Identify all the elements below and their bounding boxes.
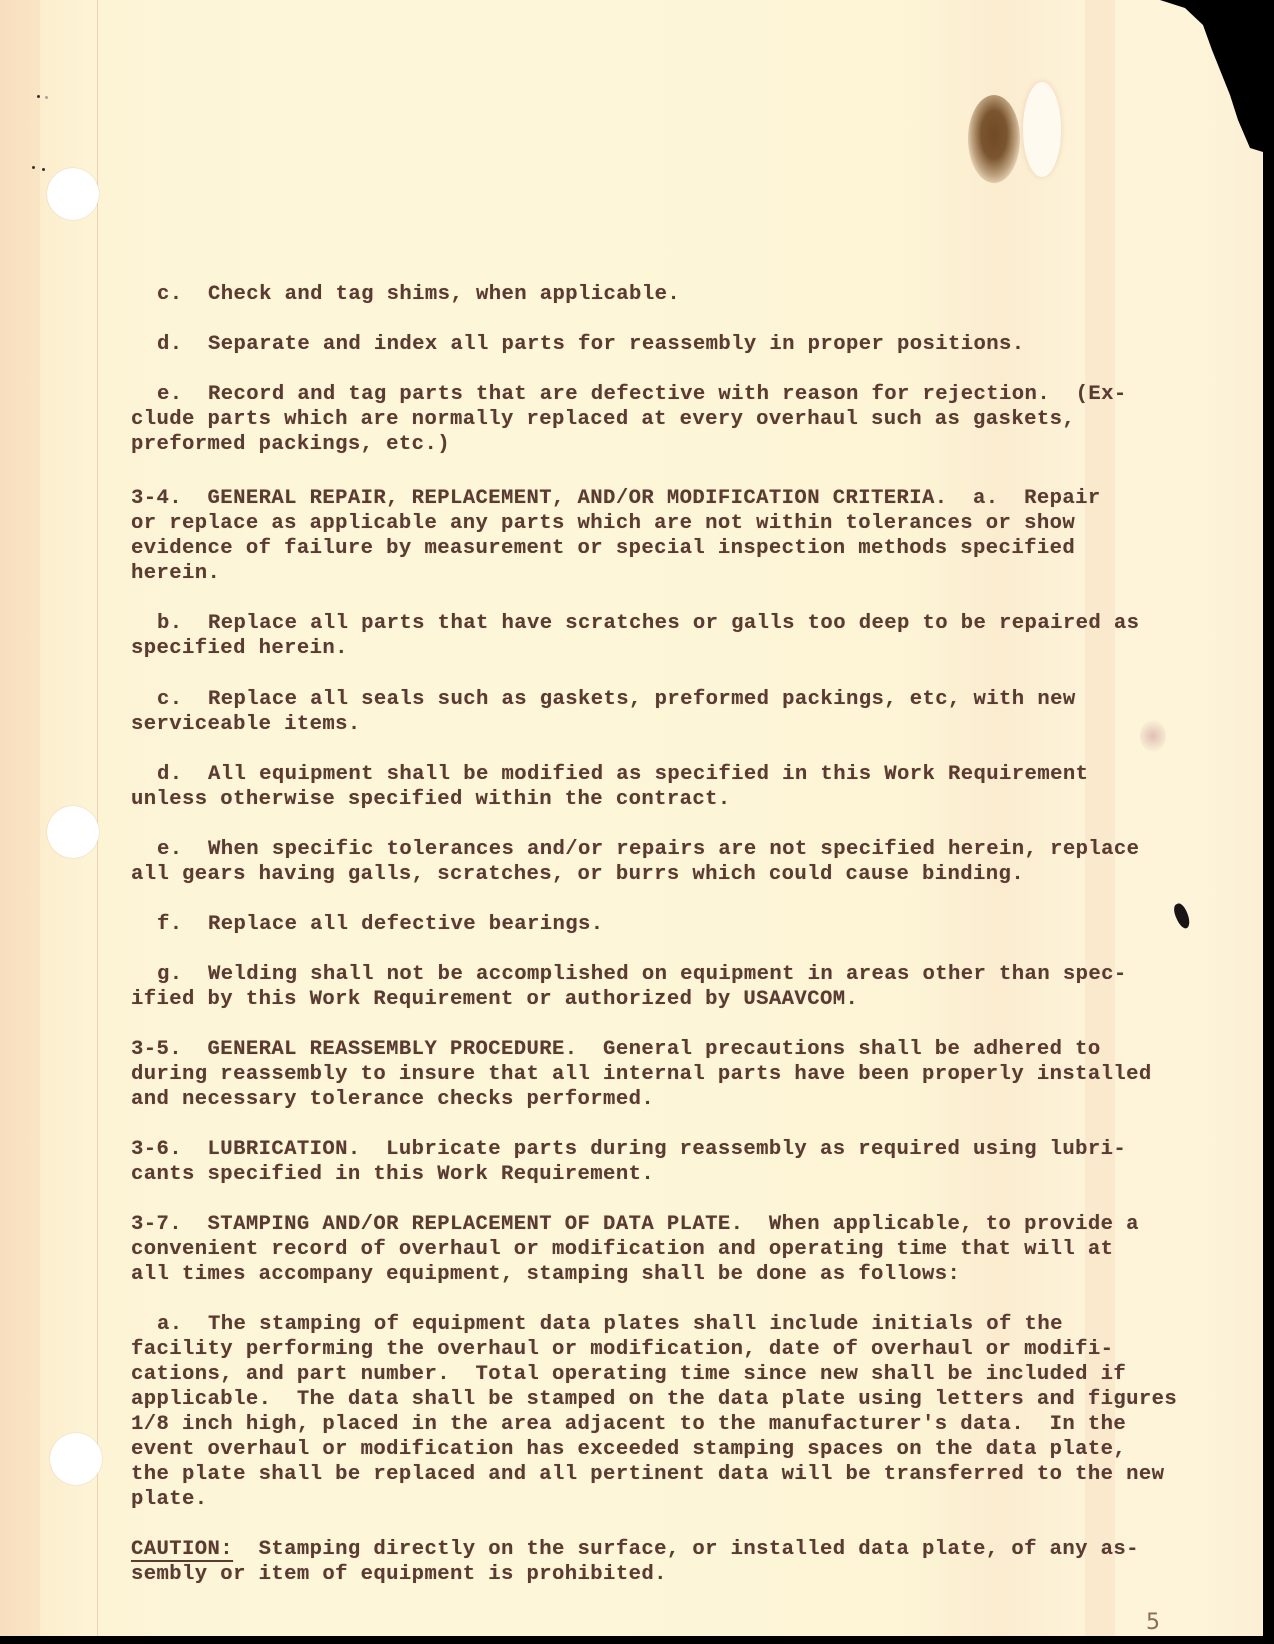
caution-line-2: sembly or item of equipment is prohibite…	[131, 1563, 667, 1587]
paragraph-a-line-1: a. The stamping of equipment data plates…	[157, 1313, 1063, 1337]
paragraph-f-line-1: f. Replace all defective bearings.	[157, 913, 604, 937]
section-3-7-line-2: convenient record of overhaul or modific…	[131, 1238, 1113, 1262]
caution-text: Stamping directly on the surface, or ins…	[233, 1538, 1139, 1561]
rust-stain	[968, 95, 1020, 183]
section-3-5-line-1: 3-5. GENERAL REASSEMBLY PROCEDURE. Gener…	[131, 1038, 1101, 1062]
paragraph-a-line-8: plate.	[131, 1488, 208, 1512]
section-3-6-line-2: cants specified in this Work Requirement…	[131, 1163, 654, 1187]
paragraph-e-line-3: preformed packings, etc.)	[131, 433, 450, 457]
speck	[37, 95, 40, 98]
paragraph-a-line-5: 1/8 inch high, placed in the area adjace…	[131, 1413, 1126, 1437]
paragraph-g-line-2: ified by this Work Requirement or author…	[131, 988, 858, 1012]
section-3-7-line-1: 3-7. STAMPING AND/OR REPLACEMENT OF DATA…	[131, 1213, 1139, 1237]
section-3-4-line-2: or replace as applicable any parts which…	[131, 512, 1075, 536]
paragraph-a-line-4: applicable. The data shall be stamped on…	[131, 1388, 1177, 1412]
paragraph-a-line-6: event overhaul or modification has excee…	[131, 1438, 1126, 1462]
speck	[32, 166, 35, 169]
paragraph-c2-line-1: c. Replace all seals such as gaskets, pr…	[157, 688, 1076, 712]
paragraph-e2-line-2: all gears having galls, scratches, or bu…	[131, 863, 1024, 887]
paragraph-c2-line-2: serviceable items.	[131, 713, 361, 737]
speck	[42, 168, 45, 171]
paragraph-e-line-2: clude parts which are normally replaced …	[131, 408, 1075, 432]
section-3-7-line-3: all times accompany equipment, stamping …	[131, 1263, 960, 1287]
pink-stain	[1140, 720, 1166, 752]
paragraph-e-line-1: e. Record and tag parts that are defecti…	[157, 383, 1127, 407]
paragraph-d2-line-1: d. All equipment shall be modified as sp…	[157, 763, 1088, 787]
punch-hole	[50, 1433, 102, 1485]
document-page: c. Check and tag shims, when applicable.…	[0, 0, 1263, 1636]
paragraph-d2-line-2: unless otherwise specified within the co…	[131, 788, 731, 812]
paragraph-b-line-1: b. Replace all parts that have scratches…	[157, 612, 1139, 636]
speck	[45, 96, 48, 99]
section-3-4-line-1: 3-4. GENERAL REPAIR, REPLACEMENT, AND/OR…	[131, 487, 1101, 511]
paragraph-e2-line-1: e. When specific tolerances and/or repai…	[157, 838, 1139, 862]
caution-line-1: CAUTION: Stamping directly on the surfac…	[131, 1538, 1139, 1562]
paragraph-b-line-2: specified herein.	[131, 637, 348, 661]
paragraph-a-line-2: facility performing the overhaul or modi…	[131, 1338, 1113, 1362]
punch-hole	[47, 168, 99, 220]
paragraph-a-line-7: the plate shall be replaced and all pert…	[131, 1463, 1164, 1487]
paragraph-d-line-1: d. Separate and index all parts for reas…	[157, 333, 1025, 357]
punch-hole	[47, 806, 99, 858]
ink-blot	[1171, 902, 1193, 931]
section-3-4-line-3: evidence of failure by measurement or sp…	[131, 537, 1075, 561]
section-3-5-line-3: and necessary tolerance checks performed…	[131, 1088, 654, 1112]
paragraph-c-line-1: c. Check and tag shims, when applicable.	[157, 283, 680, 307]
paragraph-a-line-3: cations, and part number. Total operatin…	[131, 1363, 1126, 1387]
caution-label: CAUTION:	[131, 1538, 233, 1561]
page-number: 5	[1146, 1610, 1160, 1635]
bleached-spot	[1023, 82, 1061, 177]
paragraph-g-line-1: g. Welding shall not be accomplished on …	[157, 963, 1127, 987]
section-3-5-line-2: during reassembly to insure that all int…	[131, 1063, 1152, 1087]
paper-edge-tint	[0, 0, 40, 1636]
section-3-6-line-1: 3-6. LUBRICATION. Lubricate parts during…	[131, 1138, 1126, 1162]
margin-fold-line	[97, 0, 98, 1636]
section-3-4-line-4: herein.	[131, 562, 220, 586]
